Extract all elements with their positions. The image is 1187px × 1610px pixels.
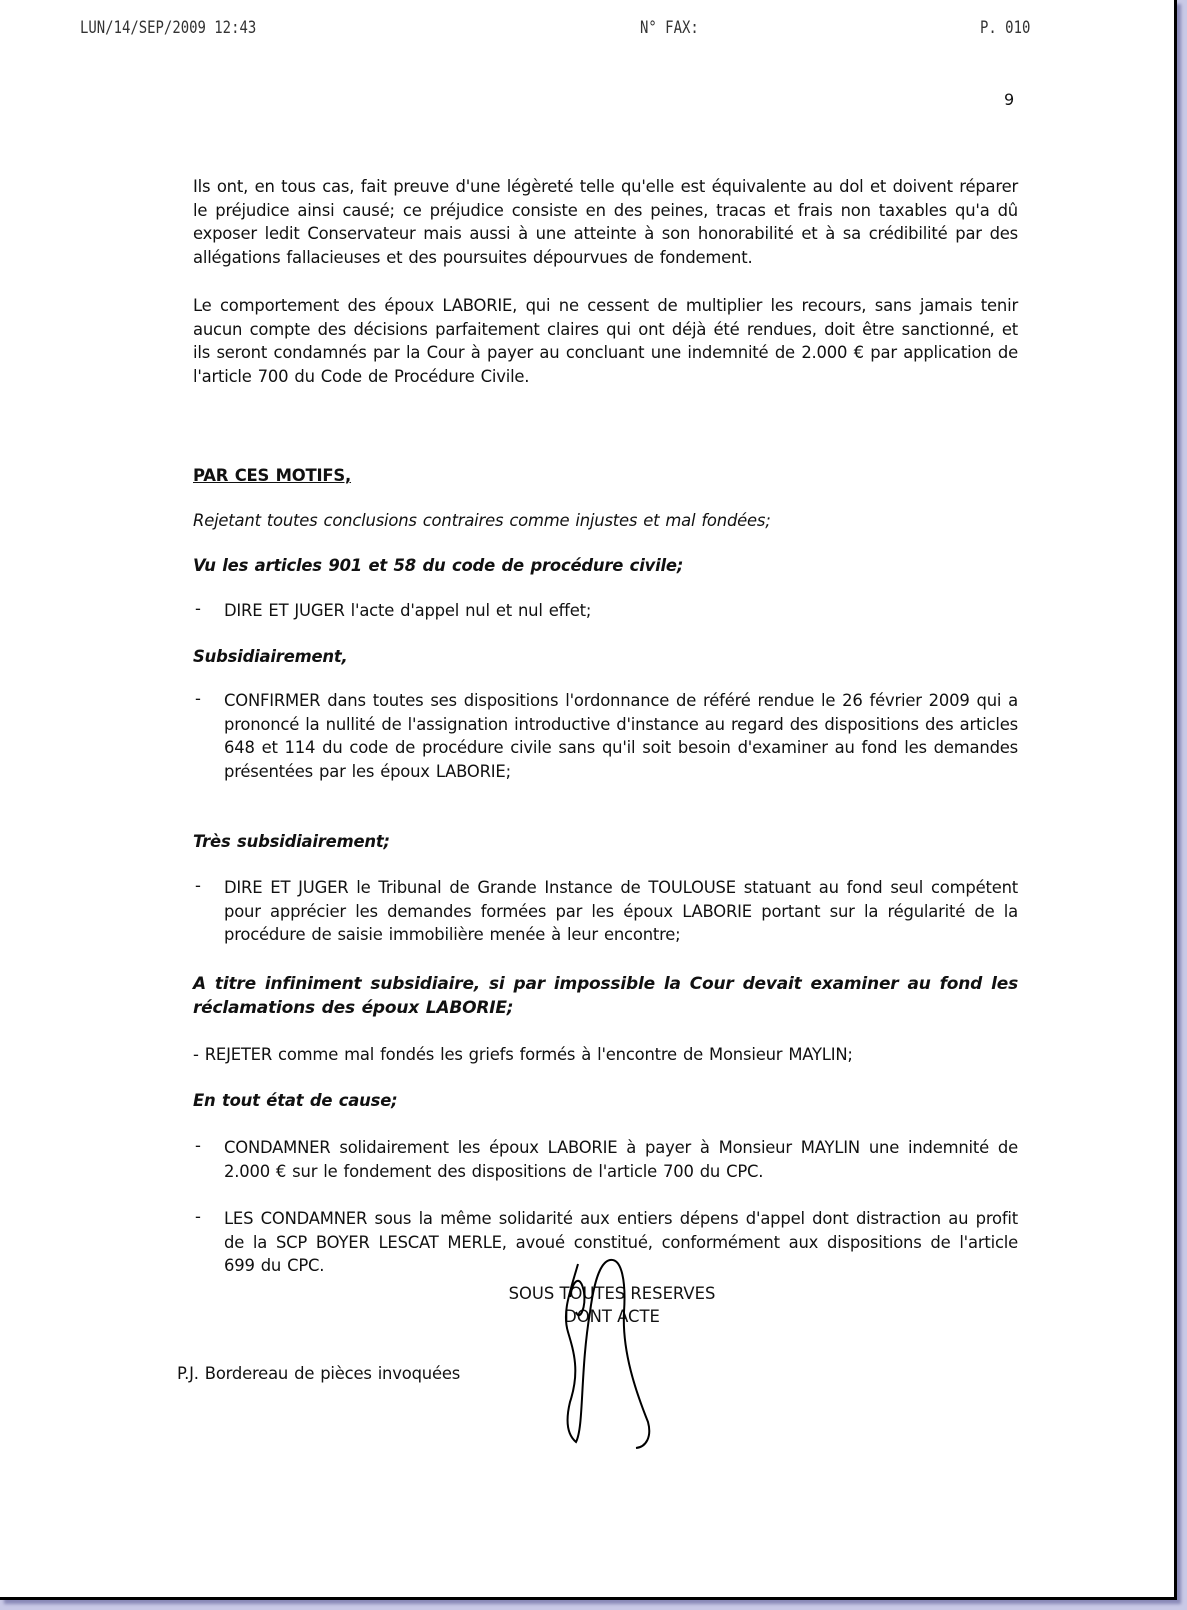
- motifs-en-tout-etat: En tout état de cause;: [193, 1089, 1018, 1113]
- fax-date-time: LUN/14/SEP/2009 12:43: [80, 18, 256, 38]
- handwritten-signature: [540, 1252, 680, 1452]
- motifs-vu-articles: Vu les articles 901 et 58 du code de pro…: [193, 554, 1018, 578]
- paragraph-prejudice: Ils ont, en tous cas, fait preuve d'une …: [193, 175, 1018, 269]
- motif-item-dire-juger-nul: DIRE ET JUGER l'acte d'appel nul et nul …: [224, 599, 1018, 623]
- document-page: LUN/14/SEP/2009 12:43 N° FAX: P. 010 9 I…: [0, 0, 1177, 1600]
- motif-item-confirmer: CONFIRMER dans toutes ses dispositions l…: [224, 689, 1018, 783]
- motifs-subsidiairement: Subsidiairement,: [193, 645, 1018, 669]
- fax-page-number: P. 010: [980, 18, 1030, 38]
- motif-item-condamner: CONDAMNER solidairement les époux LABORI…: [224, 1136, 1018, 1183]
- bullet-dash: -: [195, 876, 201, 895]
- bullet-dash: -: [195, 599, 201, 618]
- motifs-title: PAR CES MOTIFS,: [193, 464, 1018, 488]
- bullet-dash: -: [195, 689, 201, 708]
- motifs-tres-subsidiairement: Très subsidiairement;: [193, 830, 1018, 854]
- motif-item-dire-juger-tgi: DIRE ET JUGER le Tribunal de Grande Inst…: [224, 876, 1018, 947]
- bullet-dash: -: [195, 1207, 201, 1226]
- bullet-dash: -: [195, 1136, 201, 1155]
- paragraph-comportement: Le comportement des époux LABORIE, qui n…: [193, 294, 1018, 388]
- motifs-infiniment-subsidiaire: A titre infiniment subsidiaire, si par i…: [193, 973, 1018, 1020]
- fax-number-label: N° FAX:: [640, 18, 699, 38]
- motifs-intro: Rejetant toutes conclusions contraires c…: [193, 509, 1018, 533]
- page-number: 9: [1004, 90, 1014, 109]
- motif-item-rejeter: - REJETER comme mal fondés les griefs fo…: [193, 1043, 1018, 1067]
